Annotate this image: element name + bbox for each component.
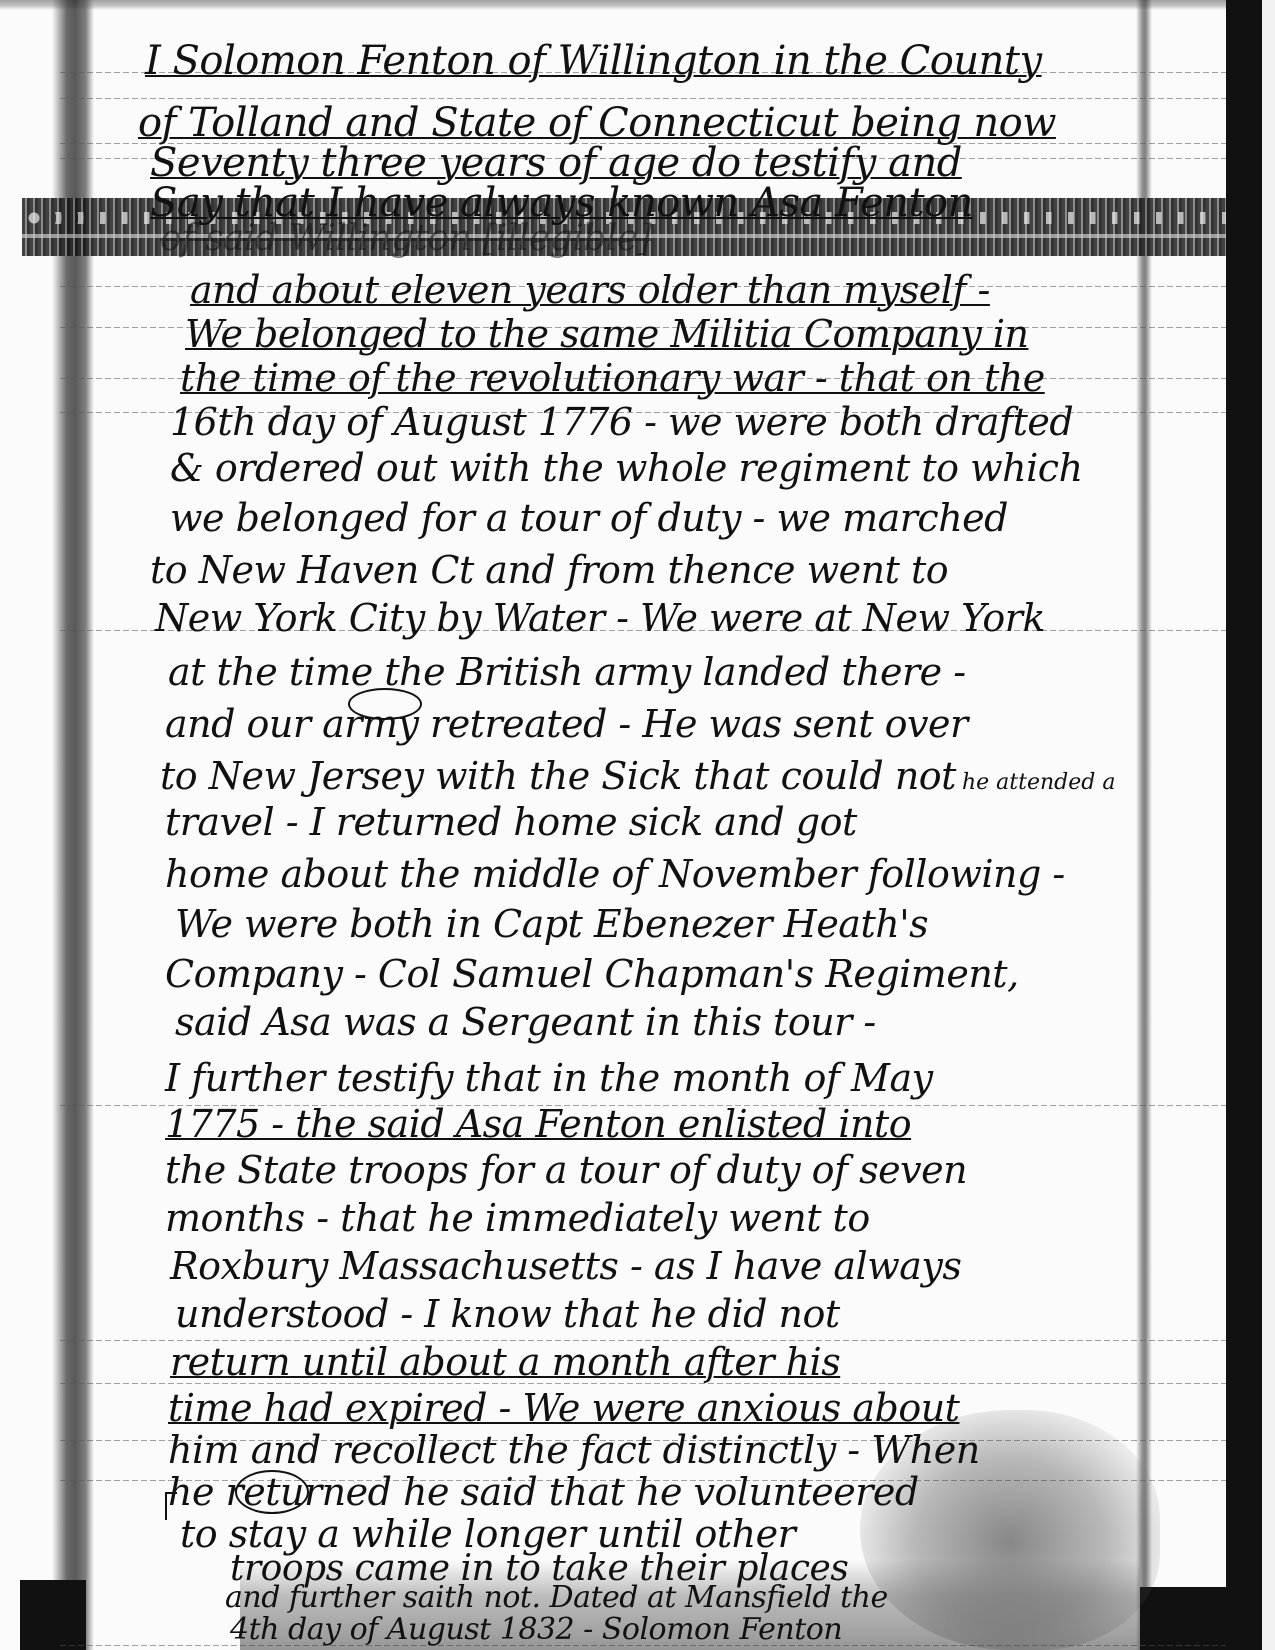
ruled-line <box>60 98 1226 99</box>
text-line-17: travel - I returned home sick and got <box>165 800 857 844</box>
right-margin-strip <box>1262 0 1275 1650</box>
text-line-21: said Asa was a Sergeant in this tour - <box>175 1000 876 1044</box>
text-line-20: Company - Col Samuel Chapman's Regiment, <box>165 952 1019 996</box>
text-line-12: to New Haven Ct and from thence went to <box>150 548 948 592</box>
text-line-7: We belonged to the same Militia Company … <box>185 312 1029 356</box>
text-line-1: I Solomon Fenton of Willington in the Co… <box>145 38 1042 84</box>
text-line-28: return until about a month after his <box>170 1340 840 1384</box>
text-line-29: time had expired - We were anxious about <box>168 1386 959 1430</box>
text-line-8: the time of the revolutionary war - that… <box>180 356 1045 400</box>
insertion-bracket <box>165 1492 177 1520</box>
text-line-27: understood - I know that he did not <box>175 1292 840 1336</box>
circle-annotation <box>235 1470 309 1514</box>
circle-annotation <box>348 688 422 720</box>
text-line-24: the State troops for a tour of duty of s… <box>165 1148 967 1192</box>
text-line-11: we belonged for a tour of duty - we marc… <box>170 496 1008 540</box>
text-line-25: months - that he immediately went to <box>165 1196 870 1240</box>
text-line-18: home about the middle of November follow… <box>165 852 1065 896</box>
text-line-19: We were both in Capt Ebenezer Heath's <box>175 902 928 946</box>
text-line-16: to New Jersey with the Sick that could n… <box>160 754 956 798</box>
right-scan-border <box>1226 0 1262 1650</box>
scan-edge-top <box>0 0 1275 10</box>
text-line-14: at the time the British army landed ther… <box>168 650 966 694</box>
text-line-26: Roxbury Massachusetts - as I have always <box>170 1244 961 1288</box>
text-line-22: I further testify that in the month of M… <box>165 1056 933 1100</box>
bottom-left-scan-block <box>20 1580 86 1650</box>
text-line-34: and further saith not. Dated at Mansfiel… <box>225 1580 888 1615</box>
text-line-6: and about eleven years older than myself… <box>190 268 990 312</box>
text-line-15: and our army retreated - He was sent ove… <box>165 702 968 746</box>
text-line-10: & ordered out with the whole regiment to… <box>170 446 1083 490</box>
text-line-30: him and recollect the fact distinctly - … <box>168 1428 980 1472</box>
text-line-5-obscured: of said Willington [illegible] <box>160 218 651 259</box>
text-line-23: 1775 - the said Asa Fenton enlisted into <box>165 1102 911 1146</box>
text-line-9: 16th day of August 1776 - we were both d… <box>170 400 1073 444</box>
bottom-right-scan-block <box>1140 1587 1262 1650</box>
interlinear-insertion: he attended a <box>962 770 1115 795</box>
scanned-document-page: I Solomon Fenton of Willington in the Co… <box>0 0 1275 1650</box>
text-line-35-date-signature: 4th day of August 1832 - Solomon Fenton <box>230 1612 842 1647</box>
text-line-13: New York City by Water - We were at New … <box>155 596 1045 640</box>
